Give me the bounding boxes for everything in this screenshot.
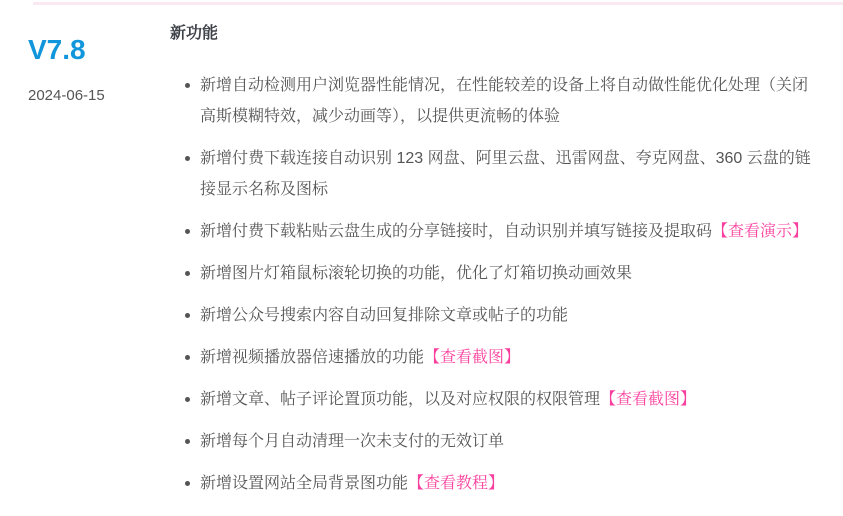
- feature-item: 新增设置网站全局背景图功能【查看教程】: [200, 468, 818, 499]
- version-label[interactable]: V7.8: [28, 36, 86, 64]
- changelog-page: V7.8 2024-06-15 新功能 新增自动检测用户浏览器性能情况，在性能较…: [0, 0, 843, 516]
- feature-item: 新增公众号搜索内容自动回复排除文章或帖子的功能: [200, 300, 818, 331]
- section-top-divider: [33, 2, 843, 5]
- version-date: 2024-06-15: [28, 88, 105, 103]
- section-title: 新功能: [170, 25, 218, 43]
- feature-list: 新增自动检测用户浏览器性能情况，在性能较差的设备上将自动做性能优化处理（关闭高斯…: [200, 70, 818, 510]
- feature-text: 新增付费下载连接自动识别 123 网盘、阿里云盘、迅雷网盘、夸克网盘、360 云…: [200, 150, 811, 198]
- feature-item: 新增视频播放器倍速播放的功能【查看截图】: [200, 342, 818, 373]
- feature-item: 新增图片灯箱鼠标滚轮切换的功能，优化了灯箱切换动画效果: [200, 258, 818, 289]
- feature-item: 新增文章、帖子评论置顶功能，以及对应权限的权限管理【查看截图】: [200, 384, 818, 415]
- view-screenshot-link[interactable]: 【查看截图】: [600, 391, 696, 408]
- feature-text: 新增图片灯箱鼠标滚轮切换的功能，优化了灯箱切换动画效果: [200, 265, 632, 282]
- feature-item: 新增每个月自动清理一次未支付的无效订单: [200, 426, 818, 457]
- feature-item: 新增自动检测用户浏览器性能情况，在性能较差的设备上将自动做性能优化处理（关闭高斯…: [200, 70, 818, 132]
- feature-text: 新增付费下载粘贴云盘生成的分享链接时，自动识别并填写链接及提取码: [200, 223, 712, 240]
- feature-text: 新增每个月自动清理一次未支付的无效订单: [200, 433, 504, 450]
- feature-item: 新增付费下载粘贴云盘生成的分享链接时，自动识别并填写链接及提取码【查看演示】: [200, 216, 818, 247]
- feature-text: 新增自动检测用户浏览器性能情况，在性能较差的设备上将自动做性能优化处理（关闭高斯…: [200, 77, 808, 125]
- feature-text: 新增视频播放器倍速播放的功能: [200, 349, 424, 366]
- view-tutorial-link[interactable]: 【查看教程】: [408, 475, 504, 492]
- feature-item: 新增付费下载连接自动识别 123 网盘、阿里云盘、迅雷网盘、夸克网盘、360 云…: [200, 143, 818, 205]
- feature-text: 新增文章、帖子评论置顶功能，以及对应权限的权限管理: [200, 391, 600, 408]
- view-demo-link[interactable]: 【查看演示】: [712, 223, 808, 240]
- view-screenshot-link[interactable]: 【查看截图】: [424, 349, 520, 366]
- feature-text: 新增设置网站全局背景图功能: [200, 475, 408, 492]
- feature-text: 新增公众号搜索内容自动回复排除文章或帖子的功能: [200, 307, 568, 324]
